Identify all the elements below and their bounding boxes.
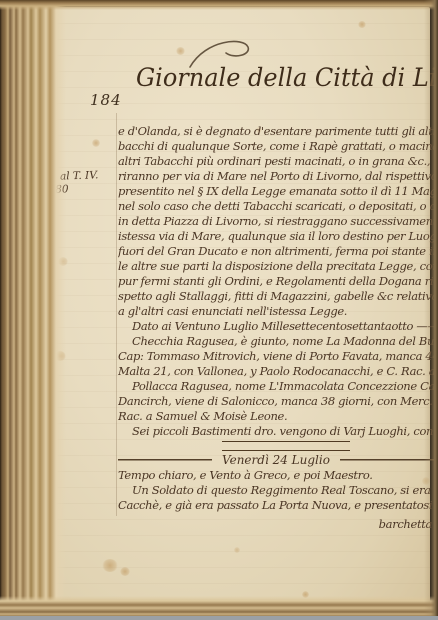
manuscript-line: spetto agli Stallaggi, fitti di Magazzin… [118,289,434,304]
manuscript-line: Pollacca Ragusea, nome L'Immacolata Conc… [118,379,434,394]
manuscript-line: fuori del Gran Ducato e non altrimenti, … [118,244,434,259]
manuscript-line: altri Tabacchi più ordinari pesti macina… [118,154,434,169]
foxing-spot [102,559,118,572]
manuscript-line: pur fermi stanti gli Ordini, e Regolamen… [118,274,434,289]
margin-note: Ved. al T. IV. C. 180 [34,169,121,198]
foxing-spot [176,47,185,55]
dateline-rule [118,459,212,461]
manuscript-line: presentito nel § IX della Legge emanata … [118,184,434,199]
manuscript-line: nel solo caso che detti Tabacchi scarica… [118,199,434,214]
margin-note-line2: C. 180 [34,181,120,197]
manuscript-line: Sei piccoli Bastimenti dro. vengono di V… [118,424,434,439]
page-title: Giornale della Città di Livorno [136,63,424,93]
foxing-spot [302,591,309,598]
dateline-rule [340,459,434,461]
dateline-text: Venerdì 24 Luglio [212,453,340,468]
page-number: 184 [90,91,122,109]
manuscript-line: Cacchè, e già era passato La Porta Nuova… [118,498,434,513]
foxing-spot [234,547,240,553]
manuscript-line: Dancirch, viene di Salonicco, manca 38 g… [118,394,434,409]
manuscript-line: e d'Olanda, si è degnato d'esentare pari… [118,124,434,139]
manuscript-text-block: e d'Olanda, si è degnato d'esentare pari… [118,124,434,536]
scanned-book-photo: 184 Giornale della Città di Livorno Ved.… [0,0,438,620]
manuscript-line: Cap: Tommaso Mitrovich, viene di Porto F… [118,349,434,364]
manuscript-line: Checchia Ragusea, è giunto, nome La Mado… [118,334,434,349]
foxing-spot [54,351,66,361]
manuscript-line: Malta 21, con Vallonea, y Paolo Rodocana… [118,364,434,379]
foxing-spot [92,139,100,147]
manuscript-line: istessa via di Mare, qualunque sia il lo… [118,229,434,244]
manuscript-line: le altre sue parti la disposizione della… [118,259,434,274]
manuscript-line: in detta Piazza di Livorno, si riestragg… [118,214,434,229]
manuscript-line: bacchi di qualunque Sorte, come i Rapè g… [118,139,434,154]
foxing-spot [358,21,366,28]
foxing-spot [120,567,130,576]
scanner-strip [0,616,438,620]
catchword: barchetta [118,517,434,532]
manuscript-line: Rac. a Samuel & Moisè Leone. [118,409,434,424]
manuscript-line: Dato ai Ventuno Luglio Millesettecentose… [118,319,434,334]
double-rule [222,441,350,451]
manuscript-line: riranno per via di Mare nel Porto di Liv… [118,169,434,184]
manuscript-line: Tempo chiaro, e Vento à Greco, e poi Mae… [118,468,434,483]
manuscript-page: 184 Giornale della Città di Livorno Ved.… [6,7,430,611]
manuscript-line: Un Soldato di questo Reggimento Real Tos… [118,483,434,498]
foxing-spot [58,257,68,266]
dateline: Venerdì 24 Luglio [118,452,434,468]
manuscript-line: a gl'altri casi enunciati nell'istessa L… [118,304,434,319]
